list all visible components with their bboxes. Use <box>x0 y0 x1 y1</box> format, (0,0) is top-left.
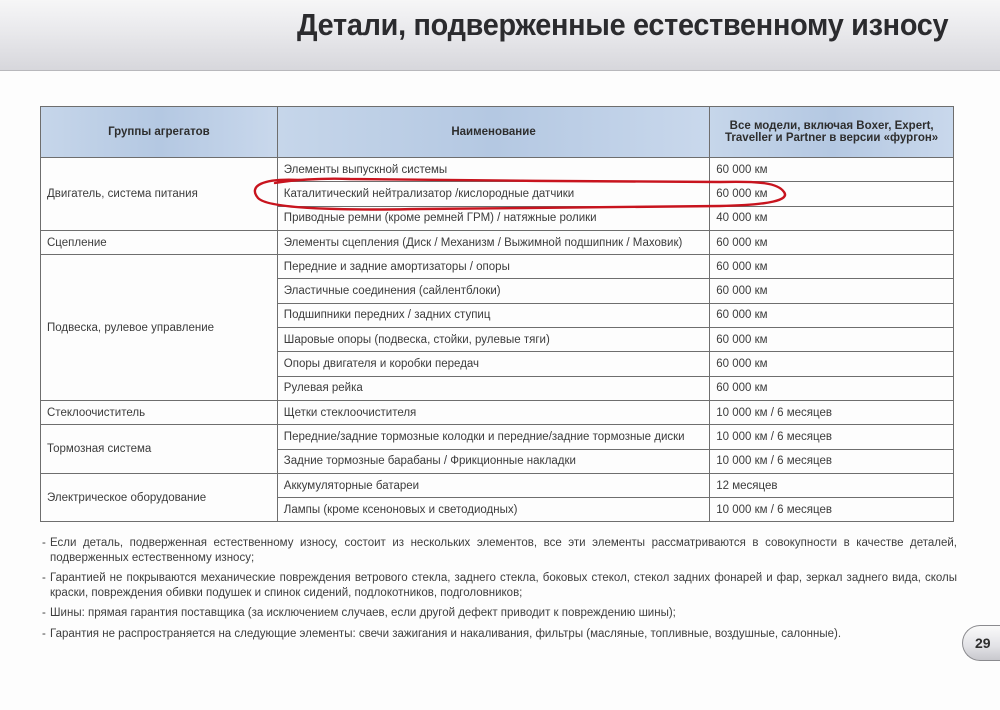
group-name-cell: Электрическое оборудование <box>41 473 278 522</box>
item-name-cell: Задние тормозные барабаны / Фрикционные … <box>277 449 709 473</box>
interval-cell: 10 000 км / 6 месяцев <box>710 498 954 522</box>
interval-cell: 60 000 км <box>710 376 954 400</box>
group-name-cell: Подвеска, рулевое управление <box>41 255 278 401</box>
footnote-item: Шины: прямая гарантия поставщика (за иск… <box>42 606 957 621</box>
header-groups: Группы агрегатов <box>41 107 278 158</box>
header-models: Все модели, включая Boxer, Expert, Trave… <box>710 107 954 158</box>
page-number: 29 <box>975 635 991 651</box>
group-name-cell: Стеклоочиститель <box>41 400 278 424</box>
interval-cell: 60 000 км <box>710 158 954 182</box>
table-row: Электрическое оборудованиеАккумуляторные… <box>41 473 954 497</box>
table-row: СтеклоочистительЩетки стеклоочистителя10… <box>41 400 954 424</box>
title-band: Детали, подверженные естественному износ… <box>0 0 1000 71</box>
item-name-cell: Щетки стеклоочистителя <box>277 400 709 424</box>
interval-cell: 10 000 км / 6 месяцев <box>710 425 954 449</box>
footnote-item: Гарантией не покрываются механические по… <box>42 571 957 600</box>
table-row: СцеплениеЭлементы сцепления (Диск / Меха… <box>41 230 954 254</box>
wear-parts-table: Группы агрегатов Наименование Все модели… <box>40 106 954 522</box>
footnotes-list: Если деталь, подверженная естественному … <box>42 536 957 647</box>
table-row: Подвеска, рулевое управлениеПередние и з… <box>41 255 954 279</box>
item-name-cell: Шаровые опоры (подвеска, стойки, рулевые… <box>277 328 709 352</box>
group-name-cell: Тормозная система <box>41 425 278 474</box>
page-title: Детали, подверженные естественному износ… <box>297 7 948 43</box>
item-name-cell: Передние и задние амортизаторы / опоры <box>277 255 709 279</box>
interval-cell: 40 000 км <box>710 206 954 230</box>
item-name-cell: Лампы (кроме ксеноновых и светодиодных) <box>277 498 709 522</box>
interval-cell: 60 000 км <box>710 328 954 352</box>
interval-cell: 10 000 км / 6 месяцев <box>710 449 954 473</box>
interval-cell: 60 000 км <box>710 352 954 376</box>
interval-cell: 12 месяцев <box>710 473 954 497</box>
footnote-item: Если деталь, подверженная естественному … <box>42 536 957 565</box>
interval-cell: 10 000 км / 6 месяцев <box>710 400 954 424</box>
interval-cell: 60 000 км <box>710 230 954 254</box>
interval-cell: 60 000 км <box>710 279 954 303</box>
item-name-cell: Эластичные соединения (сайлентблоки) <box>277 279 709 303</box>
table-row: Тормозная системаПередние/задние тормозн… <box>41 425 954 449</box>
item-name-cell: Опоры двигателя и коробки передач <box>277 352 709 376</box>
table-row: Двигатель, система питанияЭлементы выпус… <box>41 158 954 182</box>
group-name-cell: Сцепление <box>41 230 278 254</box>
page-number-badge: 29 <box>962 625 1000 661</box>
table-header-row: Группы агрегатов Наименование Все модели… <box>41 107 954 158</box>
item-name-cell: Каталитический нейтрализатор /кислородны… <box>277 182 709 206</box>
item-name-cell: Элементы сцепления (Диск / Механизм / Вы… <box>277 230 709 254</box>
interval-cell: 60 000 км <box>710 182 954 206</box>
interval-cell: 60 000 км <box>710 303 954 327</box>
interval-cell: 60 000 км <box>710 255 954 279</box>
item-name-cell: Аккумуляторные батареи <box>277 473 709 497</box>
group-name-cell: Двигатель, система питания <box>41 158 278 231</box>
item-name-cell: Передние/задние тормозные колодки и пере… <box>277 425 709 449</box>
item-name-cell: Элементы выпускной системы <box>277 158 709 182</box>
header-name: Наименование <box>277 107 709 158</box>
item-name-cell: Рулевая рейка <box>277 376 709 400</box>
item-name-cell: Приводные ремни (кроме ремней ГРМ) / нат… <box>277 206 709 230</box>
footnote-item: Гарантия не распространяется на следующи… <box>42 627 957 642</box>
item-name-cell: Подшипники передних / задних ступиц <box>277 303 709 327</box>
